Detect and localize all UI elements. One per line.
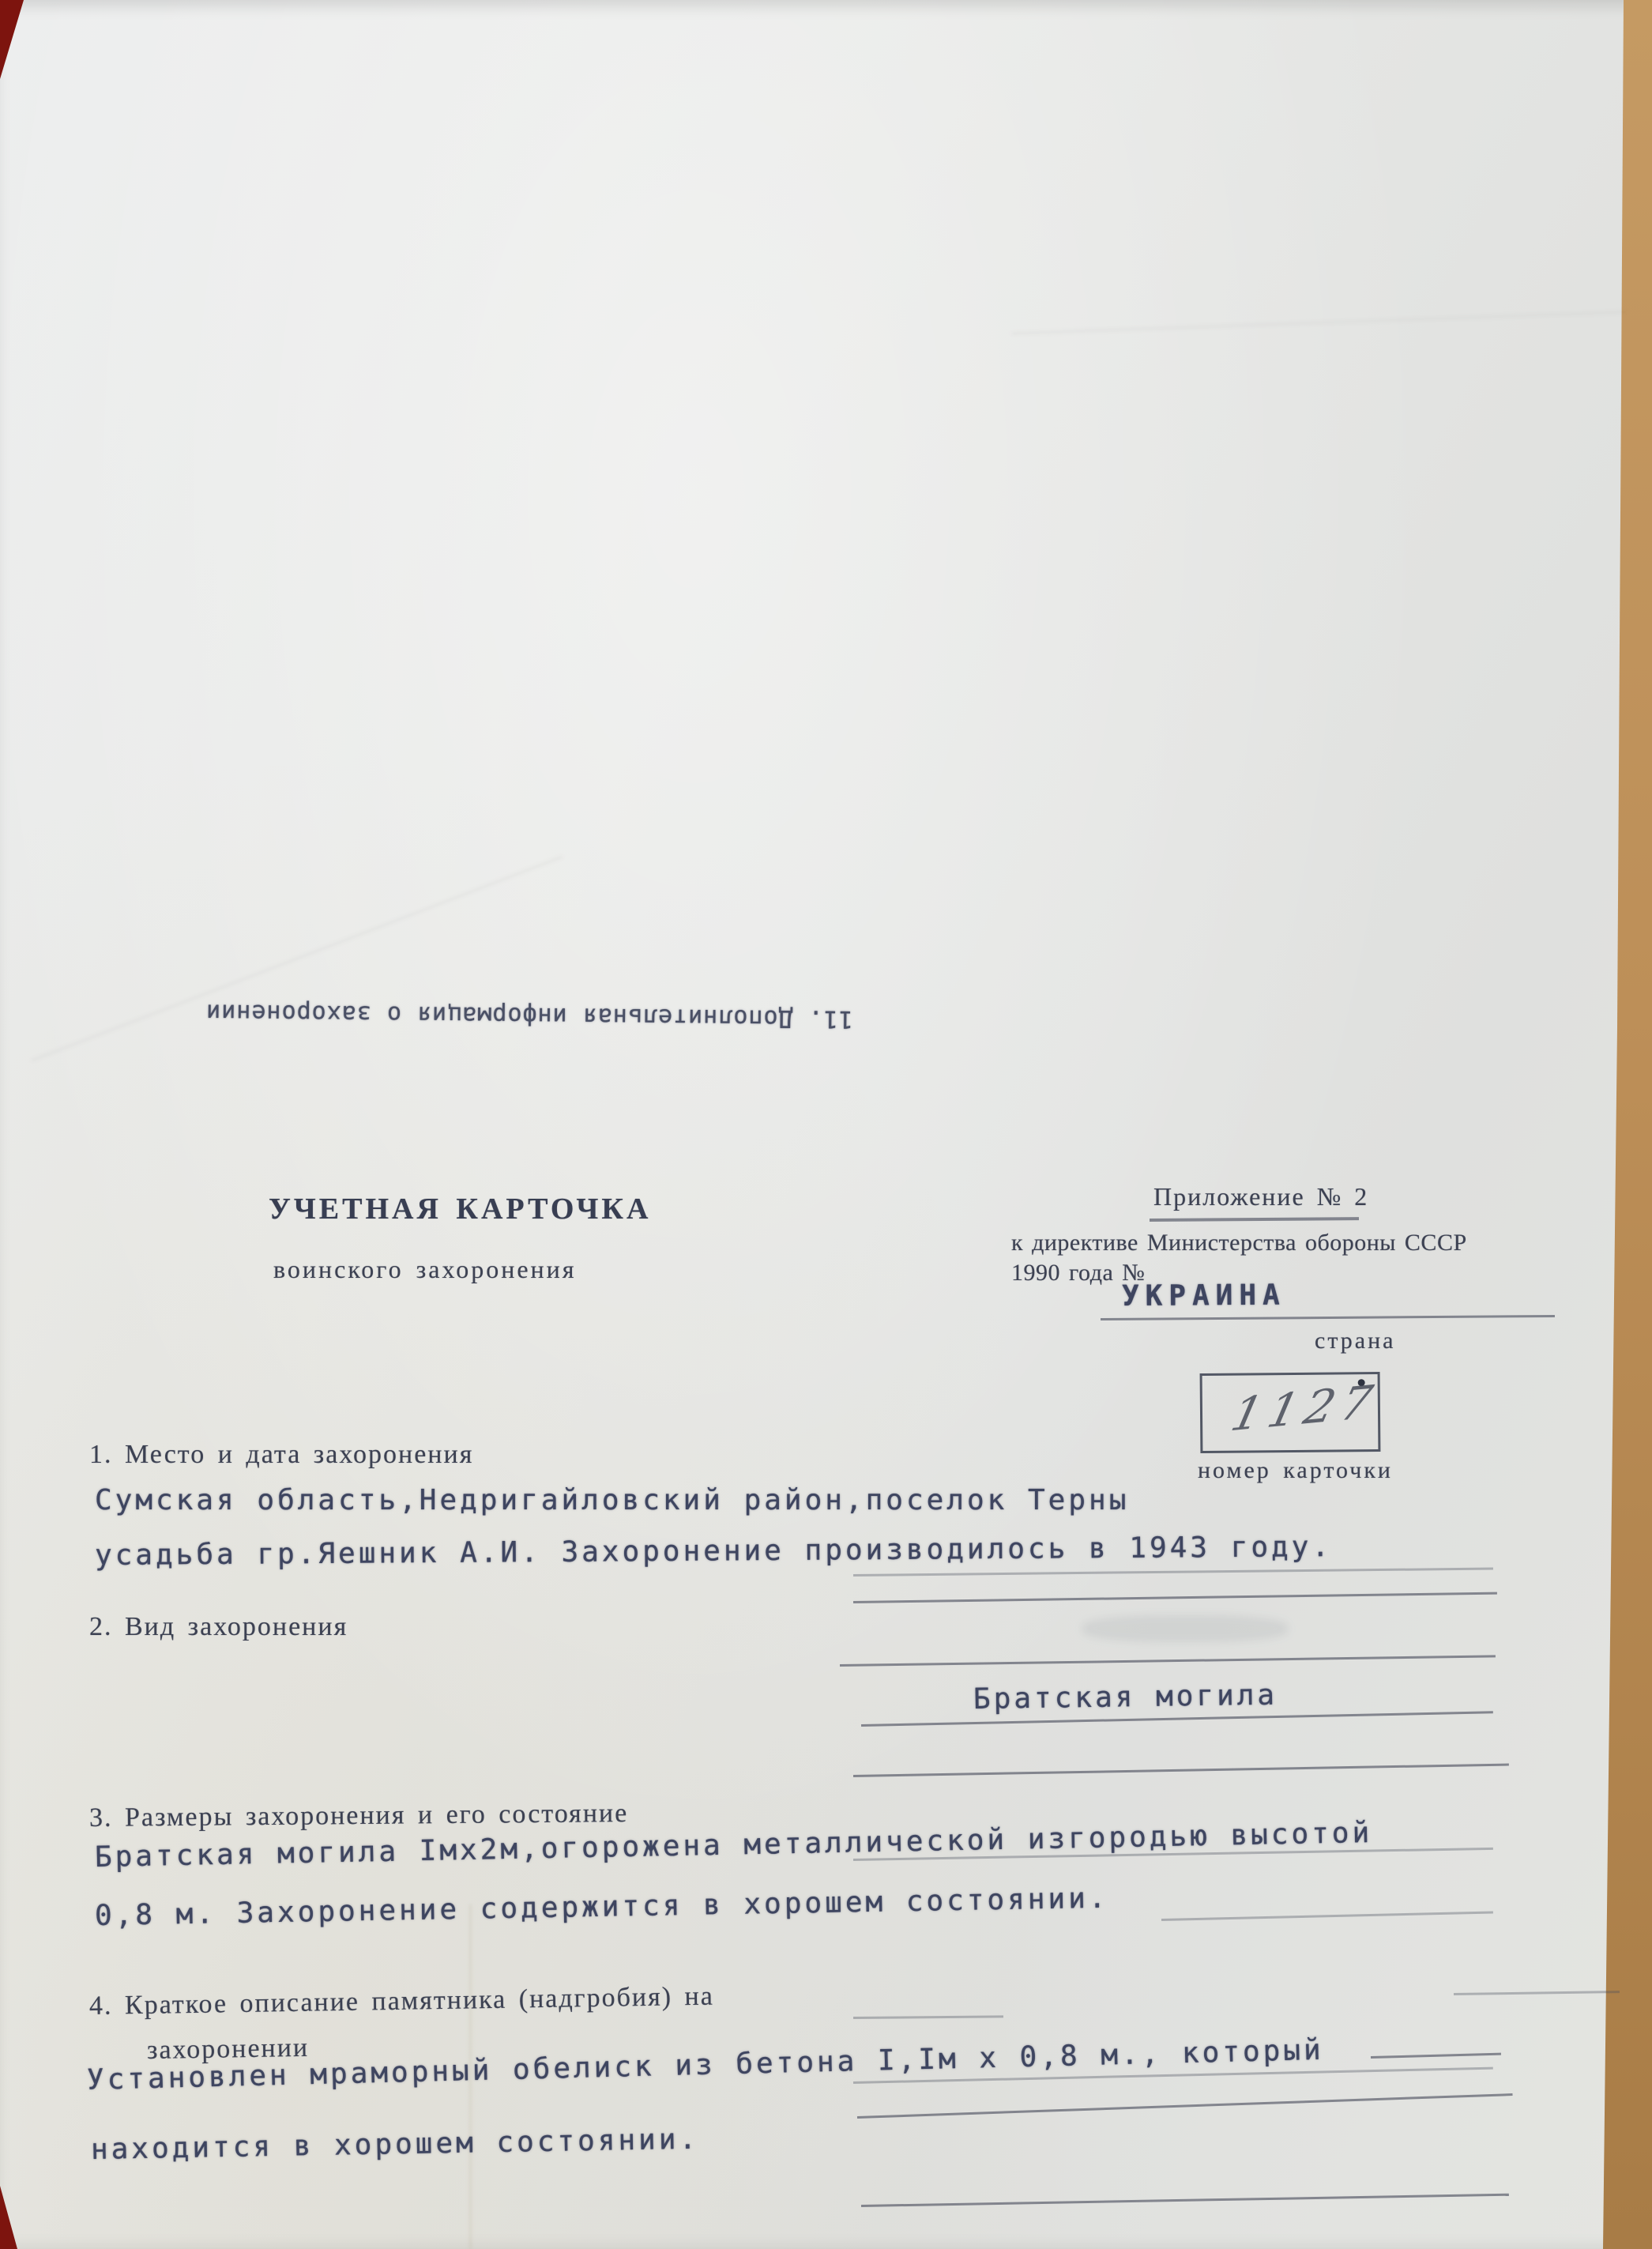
card-number-box: 1127 [1200,1372,1381,1453]
scanned-document: 11. Дополнительная информация о захороне… [0,0,1652,2249]
annex-directive: к директиве Министерства обороны СССР [1011,1230,1467,1256]
section3-label: 3. Размеры захоронения и его состояние [89,1799,629,1833]
section1-value-line1: Сумская область,Недригайловский район,по… [95,1484,1129,1516]
card-title: УЧЕТНАЯ КАРТОЧКА [269,1192,651,1226]
section1-label: 1. Место и дата захоронения [89,1440,473,1470]
section2-label: 2. Вид захоронения [89,1612,348,1642]
card-number-label: номер карточки [1198,1457,1393,1484]
section2-value: Братская могила [973,1679,1278,1716]
country-value: УКРАИНА [1122,1279,1286,1313]
annex-title: Приложение № 2 [1153,1182,1368,1211]
card-number-value: 1127 [1226,1374,1383,1441]
card-subtitle: воинского захоронения [273,1255,577,1284]
country-label: страна [1315,1328,1395,1354]
ink-bleed-smudge [1082,1615,1288,1642]
